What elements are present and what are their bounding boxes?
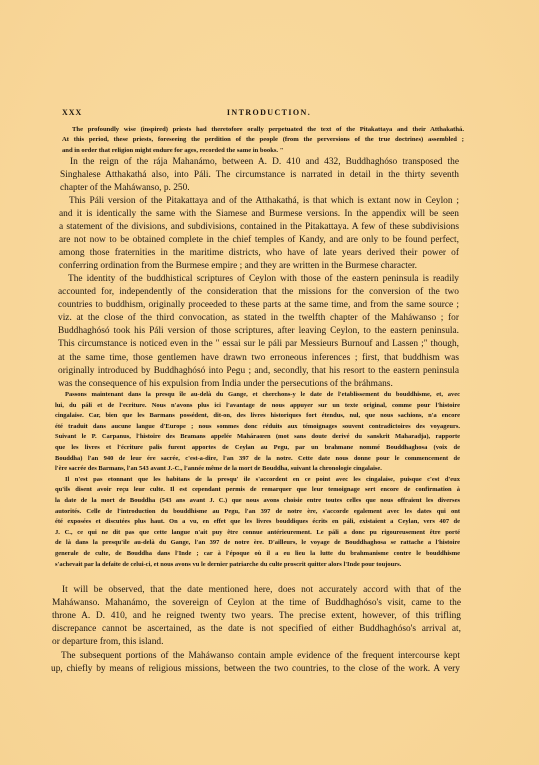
paragraph-reign-of-mahanamo: In the reign of the rája Mahanámo, betwe… bbox=[60, 156, 459, 195]
text-line: up, chiefly by means of religious missio… bbox=[51, 663, 460, 676]
text-line: Passons maintenant dans la presqu île au… bbox=[55, 390, 460, 401]
running-title: INTRODUCTION. bbox=[62, 108, 476, 117]
text-line: été exposées et discutées plus haut. On … bbox=[55, 517, 460, 528]
text-line: lui, du páli et de l'ecriture. Nous n'av… bbox=[55, 401, 460, 412]
paragraph-date-observation: It will be observed, that the date menti… bbox=[52, 584, 461, 649]
text-line: and it is identically the same with the … bbox=[59, 208, 459, 221]
text-line: countries to buddhism, originally procee… bbox=[58, 299, 459, 312]
text-line: J. C., ce qui ne dit pas que cette langu… bbox=[55, 528, 460, 539]
text-line: Buddhaghósó took his Páli version of tho… bbox=[58, 325, 459, 338]
footnote-quote: The profoundly wise (inspired) priests h… bbox=[62, 125, 464, 156]
text-line: at the same time, those gentlemen have d… bbox=[58, 352, 459, 365]
text-line: a statement of the divisions, and subdiv… bbox=[59, 221, 459, 234]
text-line: are not now to be obtained complete in t… bbox=[59, 234, 459, 247]
text-line: It will be observed, that the date menti… bbox=[52, 584, 461, 597]
text-line: Suivant le P. Carpanus, l'histoire des B… bbox=[55, 432, 460, 443]
text-line: l'ère sacrée des Barmans, l'an 543 avant… bbox=[55, 464, 460, 475]
text-line: autorités. Celle de l'introduction du bo… bbox=[55, 507, 460, 518]
paragraph-pali-version: This Páli version of the Pitakattaya and… bbox=[59, 195, 459, 274]
text-line: This circumstance is noticed even in the… bbox=[58, 338, 459, 351]
text-line: conferring ordination from the Burmese e… bbox=[59, 260, 459, 273]
text-line: or departure from, this island. bbox=[52, 636, 461, 649]
text-line: In the reign of the rája Mahanámo, betwe… bbox=[60, 156, 459, 169]
book-page: XXX INTRODUCTION. The profoundly wise (i… bbox=[0, 0, 539, 765]
text-line: Il n'est pas etonnant que les habitans d… bbox=[55, 475, 460, 486]
text-line: s'achevait par la defaite de celui-ci, e… bbox=[55, 560, 460, 571]
text-line: cingalaise. Car, bien que les Barmans po… bbox=[55, 411, 460, 422]
text-line: The profoundly wise (inspired) priests h… bbox=[62, 125, 464, 135]
text-line: viz. at the close of the third convocati… bbox=[58, 312, 459, 325]
text-line: discrepance cannot be ascertained, as th… bbox=[52, 623, 461, 636]
text-line: among those fraternities in the maritime… bbox=[59, 247, 459, 260]
text-line: que les livres et l'écriture palis furen… bbox=[55, 443, 460, 454]
text-line: and in order that religion might endure … bbox=[62, 146, 464, 156]
paragraph-identity-of-scriptures: The identity of the buddhistical scriptu… bbox=[58, 273, 459, 391]
text-line: was the consequence of his expulsion fro… bbox=[58, 378, 459, 391]
text-line: throne A. D. 410, and he reigned twenty … bbox=[52, 610, 461, 623]
text-line: chapter of the Maháwanso, p. 250. bbox=[60, 182, 459, 195]
text-line: generale de culte, de Bouddha dans l'Ind… bbox=[55, 549, 460, 560]
text-line: de là dans la presqu'ile au-delà du Gang… bbox=[55, 538, 460, 549]
text-line: Maháwanso. Mahanámo, the sovereign of Ce… bbox=[52, 597, 461, 610]
text-line: Singhalese Atthakathá also, into Páli. T… bbox=[60, 169, 459, 182]
text-line: qu'ils disent avoir reçu leur culte. Il … bbox=[55, 485, 460, 496]
paragraph-subsequent-portions: The subsequent portions of the Maháwanso… bbox=[51, 650, 460, 676]
text-line: At this period, these priests, foreseein… bbox=[62, 135, 464, 145]
text-line: The identity of the buddhistical scriptu… bbox=[58, 273, 459, 286]
text-line: originally introduced by Buddhaghósó int… bbox=[58, 365, 459, 378]
text-line: The subsequent portions of the Maháwanso… bbox=[51, 650, 460, 663]
text-line: accounted for, independently of the cons… bbox=[58, 286, 459, 299]
text-line: été traduit dans aucune langue d'Europe … bbox=[55, 422, 460, 433]
text-line: Bouddha) l'an 940 de leur ére sacrée, c'… bbox=[55, 454, 460, 465]
text-line: This Páli version of the Pitakattaya and… bbox=[59, 195, 459, 208]
text-line: la date de la mort de Bouddha (543 ans a… bbox=[55, 496, 460, 507]
page-header: XXX INTRODUCTION. bbox=[62, 108, 476, 120]
french-quotation: Passons maintenant dans la presqu île au… bbox=[55, 390, 460, 570]
